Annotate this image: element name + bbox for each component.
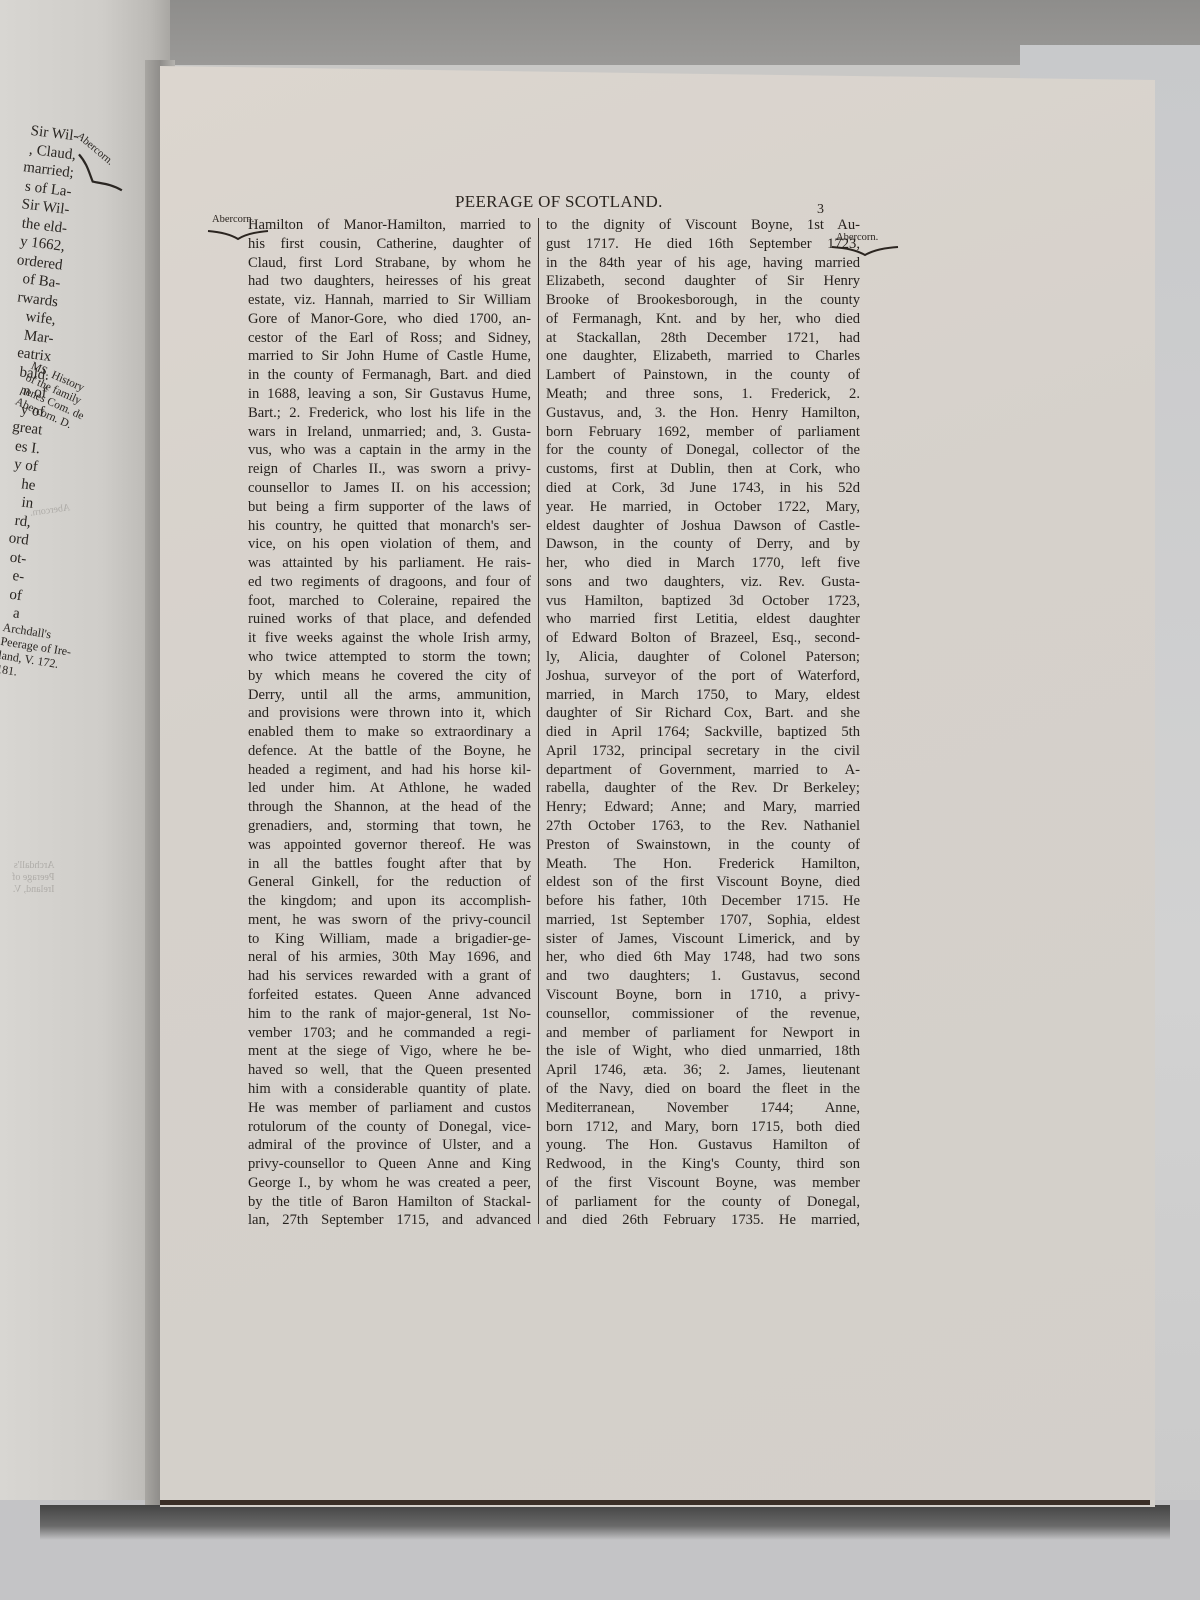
text-line: wars in Ireland, unmarried; and, 3. Gust… (248, 423, 531, 442)
text-line: Preston of Swainstown, in the county of (546, 836, 860, 855)
column-rule (538, 218, 539, 1224)
text-line: and member of parliament for Newport in (546, 1024, 860, 1043)
text-line: of the Navy, died on board the fleet in … (546, 1080, 860, 1099)
text-line: daughter of Sir Richard Cox, Bart. and s… (546, 704, 860, 723)
text-line: eldest son of the first Viscount Boyne, … (546, 873, 860, 892)
text-line: year. He married, in October 1722, Mary, (546, 498, 860, 517)
text-line: foot, marched to Coleraine, repaired the (248, 592, 531, 611)
text-line: had his services rewarded with a grant o… (248, 967, 531, 986)
text-line: him with a considerable quantity of plat… (248, 1080, 531, 1099)
text-line: married, 1st September 1707, Sophia, eld… (546, 911, 860, 930)
text-line: ruined works of that place, and defended (248, 610, 531, 629)
text-line: vus Hamilton, baptized 3d October 1723, (546, 592, 860, 611)
text-line: ment, he was sworn of the privy-council (248, 911, 531, 930)
text-line: customs, first at Dublin, then at Cork, … (546, 460, 860, 479)
facing-page-footnote: Archdall'sPeerage of Ire-land, V. 172.18… (0, 620, 74, 686)
text-line: of parliament for the county of Donegal, (546, 1193, 860, 1212)
text-line: estate, viz. Hannah, married to Sir Will… (248, 291, 531, 310)
text-line: rabella, daughter of the Rev. Dr Berkele… (546, 779, 860, 798)
text-line: vember 1703; and he commanded a regi- (248, 1024, 531, 1043)
text-line: ly, Alicia, daughter of Colonel Paterson… (546, 648, 860, 667)
text-line: died at Cork, 3d June 1743, in his 52d (546, 479, 860, 498)
text-line: who married first Letitia, eldest daught… (546, 610, 860, 629)
text-line: neral of his armies, 30th May 1696, and (248, 948, 531, 967)
text-line: Henry; Edward; Anne; and Mary, married (546, 798, 860, 817)
text-line: ment at the siege of Vigo, where he be- (248, 1042, 531, 1061)
text-line: Derry, until all the arms, ammunition, (248, 686, 531, 705)
text-line: Mediterranean, November 1744; Anne, (546, 1099, 860, 1118)
text-line: counsellor to James II. on his accession… (248, 479, 531, 498)
text-line: He was member of parliament and custos (248, 1099, 531, 1118)
show-through-text: Abercorn. (29, 502, 71, 519)
text-line: privy-counsellor to Queen Anne and King (248, 1155, 531, 1174)
text-line: one daughter, Elizabeth, married to Char… (546, 347, 860, 366)
text-line: in 1688, leaving a son, Sir Gustavus Hum… (248, 385, 531, 404)
text-line: Meath; and three sons, 1. Frederick, 2. (546, 385, 860, 404)
text-line: defence. At the battle of the Boyne, he (248, 742, 531, 761)
text-line: but being a firm supporter of the laws o… (248, 498, 531, 517)
text-line: for the county of Donegal, collector of … (546, 441, 860, 460)
text-line: eldest daughter of Joshua Dawson of Cast… (546, 517, 860, 536)
text-line: Brooke of Brookesborough, in the county (546, 291, 860, 310)
text-line: and died 26th February 1735. He married, (546, 1211, 860, 1230)
text-line: department of Government, married to A- (546, 761, 860, 780)
text-line: had two daughters, heiresses of his grea… (248, 272, 531, 291)
text-line: it five weeks against the whole Irish ar… (248, 629, 531, 648)
text-line: lan, 27th September 1715, and advanced (248, 1211, 531, 1230)
text-line: vice, on his open violation of them, and (248, 535, 531, 554)
text-line: 27th October 1763, to the Rev. Nathaniel (546, 817, 860, 836)
text-line: sons and two daughters, viz. Rev. Gusta- (546, 573, 860, 592)
text-line: married to Sir John Hume of Castle Hume, (248, 347, 531, 366)
text-line: the isle of Wight, who died unmarried, 1… (546, 1042, 860, 1061)
text-line: her, who died 6th May 1748, had two sons (546, 948, 860, 967)
text-line: by which means he covered the city of (248, 667, 531, 686)
text-line: General Ginkell, for the reduction of (248, 873, 531, 892)
text-line: cestor of the Earl of Ross; and Sidney, (248, 329, 531, 348)
text-line: rotulorum of the county of Donegal, vice… (248, 1118, 531, 1137)
text-line: enabled them to make so extraordinary a (248, 723, 531, 742)
text-column-right: to the dignity of Viscount Boyne, 1st Au… (546, 216, 860, 1230)
text-line: died in April 1764; Sackville, baptized … (546, 723, 860, 742)
book-shadow (40, 1505, 1170, 1540)
text-line: Redwood, in the King's County, third son (546, 1155, 860, 1174)
text-line: young. The Hon. Gustavus Hamilton of (546, 1136, 860, 1155)
text-line: George I., by whom he was created a peer… (248, 1174, 531, 1193)
text-line: counsellor, commissioner of the revenue, (546, 1005, 860, 1024)
text-line: Elizabeth, second daughter of Sir Henry (546, 272, 860, 291)
text-line: grenadiers, and, storming that town, he (248, 817, 531, 836)
text-line: led under him. At Athlone, he waded (248, 779, 531, 798)
text-line: to King William, made a brigadier-ge- (248, 930, 531, 949)
text-line: was appointed governor thereof. He was (248, 836, 531, 855)
text-line: of Fermanagh, Knt. and by her, who died (546, 310, 860, 329)
text-line: haved so well, that the Queen presented (248, 1061, 531, 1080)
text-line: ed two regiments of dragoons, and four o… (248, 573, 531, 592)
text-line: April 1732, principal secretary in the c… (546, 742, 860, 761)
text-line: in the 84th year of his age, having marr… (546, 254, 860, 273)
text-line: Viscount Boyne, born in 1710, a privy- (546, 986, 860, 1005)
text-line: to the dignity of Viscount Boyne, 1st Au… (546, 216, 860, 235)
text-line: his first cousin, Catherine, daughter of (248, 235, 531, 254)
text-line: in all the battles fought after that by (248, 855, 531, 874)
text-line: and two daughters; 1. Gustavus, second (546, 967, 860, 986)
text-line: the kingdom; and upon its accomplish- (248, 892, 531, 911)
text-line: reign of Charles II., was sworn a privy- (248, 460, 531, 479)
text-line: admiral of the province of Ulster, and a (248, 1136, 531, 1155)
text-line: her, who died in March 1770, left five (546, 554, 860, 573)
text-line: him to the rank of major-general, 1st No… (248, 1005, 531, 1024)
page-edge (160, 1500, 1150, 1505)
text-line: born 1712, and Mary, born 1715, both die… (546, 1118, 860, 1137)
text-line: born February 1692, member of parliament (546, 423, 860, 442)
text-line: Bart.; 2. Frederick, who lost his life i… (248, 404, 531, 423)
text-line: sister of James, Viscount Limerick, and … (546, 930, 860, 949)
text-line: his country, he quitted that monarch's s… (248, 517, 531, 536)
text-line: and provisions were thrown into it, whic… (248, 704, 531, 723)
text-line: Claud, first Lord Strabane, by whom he (248, 254, 531, 273)
text-line: in the county of Fermanagh, Bart. and di… (248, 366, 531, 385)
text-line: of Edward Bolton of Brazeel, Esq., secon… (546, 629, 860, 648)
text-line: Joshua, surveyor of the port of Waterfor… (546, 667, 860, 686)
text-line: through the Shannon, at the head of the (248, 798, 531, 817)
text-line: forfeited estates. Queen Anne advanced (248, 986, 531, 1005)
text-line: before his father, 10th December 1715. H… (546, 892, 860, 911)
text-line: who twice attempted to storm the town; (248, 648, 531, 667)
text-line: Gore of Manor-Gore, who died 1700, an- (248, 310, 531, 329)
text-line: was attainted by his parliament. He rais… (248, 554, 531, 573)
running-head: PEERAGE OF SCOTLAND. (455, 192, 663, 212)
text-line: by the title of Baron Hamilton of Stacka… (248, 1193, 531, 1212)
text-line: Meath. The Hon. Frederick Hamilton, (546, 855, 860, 874)
text-line: married, in March 1750, to Mary, eldest (546, 686, 860, 705)
show-through-text: Archdall'sPeerage ofIreland, V. (12, 860, 54, 896)
text-column-left: Hamilton of Manor-Hamilton, married tohi… (248, 216, 531, 1230)
text-line: at Stackallan, 28th December 1721, had (546, 329, 860, 348)
text-line: of the first Viscount Boyne, was member (546, 1174, 860, 1193)
text-line: headed a regiment, and had his horse kil… (248, 761, 531, 780)
text-line: Dawson, in the county of Derry, and by (546, 535, 860, 554)
text-line: Gustavus, and, 3. the Hon. Henry Hamilto… (546, 404, 860, 423)
text-line: Lambert of Painstown, in the county of (546, 366, 860, 385)
text-line: April 1746, æta. 36; 2. James, lieutenan… (546, 1061, 860, 1080)
text-line: Hamilton of Manor-Hamilton, married to (248, 216, 531, 235)
text-line: gust 1717. He died 16th September 1723, (546, 235, 860, 254)
text-line: vus, who was a captain in the army in th… (248, 441, 531, 460)
